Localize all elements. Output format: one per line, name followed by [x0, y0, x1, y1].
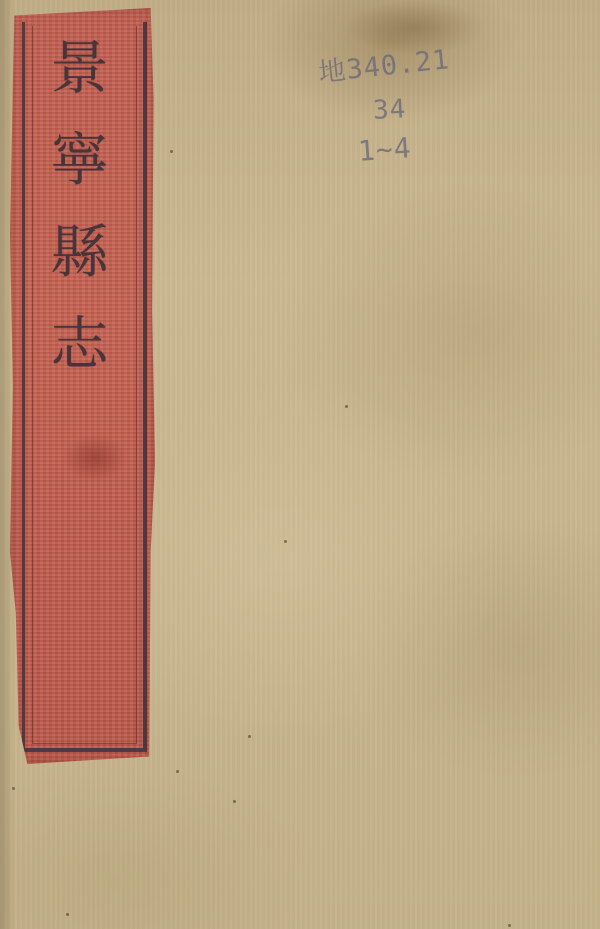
paper-speck [508, 924, 511, 927]
title-char-2: 寧 [50, 114, 108, 206]
title-char-1: 景 [50, 22, 108, 114]
call-number-mark: 地340.21 [316, 37, 451, 90]
title-char-3: 縣 [50, 206, 108, 298]
paper-speck [66, 913, 69, 916]
title-char-4: 志 [50, 298, 108, 390]
book-cover: 景 寧 縣 志 地340.21 34 1~4 [0, 0, 600, 929]
paper-speck [12, 787, 15, 790]
paper-speck [248, 735, 251, 738]
title-slip: 景 寧 縣 志 [10, 8, 155, 764]
book-title: 景 寧 縣 志 [10, 22, 155, 390]
volume-range-mark: 1~4 [357, 131, 413, 168]
paper-speck [176, 770, 179, 773]
paper-speck [284, 540, 287, 543]
pencil-mark-line2: 34 [372, 94, 407, 126]
paper-speck [345, 405, 348, 408]
paper-speck [170, 150, 173, 153]
paper-speck [233, 800, 236, 803]
